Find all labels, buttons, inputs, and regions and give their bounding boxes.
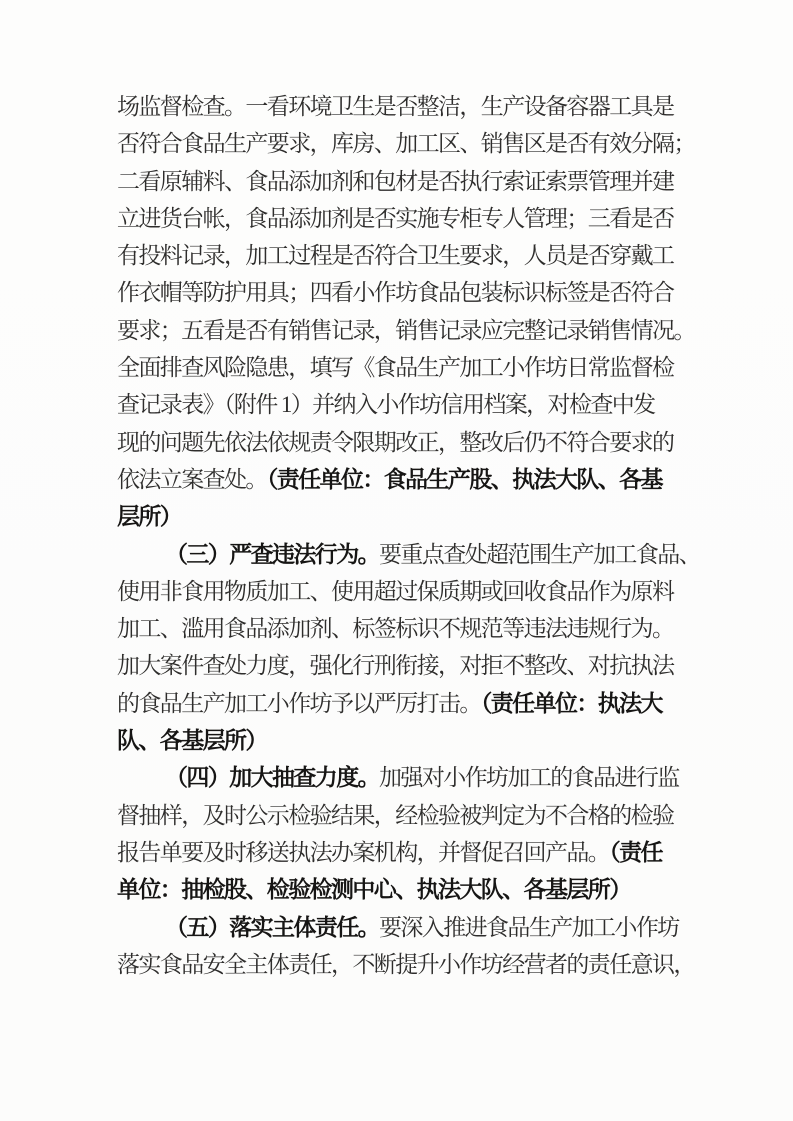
body-text: 报告单要及时移送执法办案机构，并督促召回产品。 — [117, 840, 609, 865]
emphasis-text: 层所） — [117, 504, 181, 529]
body-text: 落实食品安全主体责任，不断提升小作坊经营者的责任意识， — [117, 952, 695, 977]
body-text: 现的问题先依法依规责令限期改正，整改后仍不符合要求的 — [117, 430, 673, 455]
emphasis-text: 单位：抽检股、检验检测中心、执法大队、各基层所） — [117, 877, 631, 902]
body-text: 二看原辅料、食品添加剂和包材是否执行索证索票管理并建 — [117, 169, 673, 194]
body-text: 加大案件查处力度，强化行刑衔接，对拒不整改、对抗执法 — [117, 653, 673, 678]
text-line: （三）严查违法行为。要重点查处超范围生产加工食品、 — [117, 536, 683, 573]
document-page: 场监督检查。一看环境卫生是否整洁，生产设备容器工具是否符合食品生产要求，库房、加… — [0, 0, 793, 1121]
text-line: 督抽样，及时公示检验结果，经检验被判定为不合格的检验 — [117, 797, 683, 834]
text-line: 要求；五看是否有销售记录，销售记录应完整记录销售情况。 — [117, 312, 683, 349]
body-text: 作衣帽等防护用具；四看小作坊食品包装标识标签是否符合 — [117, 280, 673, 305]
body-text: 依法立案查处。 — [117, 467, 267, 492]
body-text: 要求；五看是否有销售记录，销售记录应完整记录销售情况。 — [117, 318, 695, 343]
text-line: 队、各基层所） — [117, 722, 683, 759]
body-text: 的食品生产加工小作坊予以严厉打击。 — [117, 691, 481, 716]
text-line: 使用非食用物质加工、使用超过保质期或回收食品作为原料 — [117, 573, 683, 610]
text-line: 查记录表》（附件 1）并纳入小作坊信用档案，对检查中发 — [117, 386, 683, 423]
body-text: 使用非食用物质加工、使用超过保质期或回收食品作为原料 — [117, 579, 673, 604]
text-line: 报告单要及时移送执法办案机构，并督促召回产品。（责任 — [117, 834, 683, 871]
text-line: 场监督检查。一看环境卫生是否整洁，生产设备容器工具是 — [117, 88, 683, 125]
emphasis-text: （三）严查违法行为。 — [165, 542, 379, 567]
body-text: 督抽样，及时公示检验结果，经检验被判定为不合格的检验 — [117, 803, 673, 828]
text-line: （四）加大抽查力度。加强对小作坊加工的食品进行监 — [117, 759, 683, 796]
text-line: 依法立案查处。（责任单位：食品生产股、执法大队、各基 — [117, 461, 683, 498]
body-text: 加工、滥用食品添加剂、标签标识不规范等违法违规行为。 — [117, 616, 673, 641]
body-text: 要重点查处超范围生产加工食品、 — [379, 542, 700, 567]
emphasis-text: （五）落实主体责任。 — [165, 915, 379, 940]
body-text: 全面排查风险隐患，填写《食品生产加工小作坊日常监督检 — [117, 355, 673, 380]
text-line: 加工、滥用食品添加剂、标签标识不规范等违法违规行为。 — [117, 610, 683, 647]
text-line: 单位：抽检股、检验检测中心、执法大队、各基层所） — [117, 871, 683, 908]
text-line: 立进货台帐，食品添加剂是否实施专柜专人管理；三看是否 — [117, 200, 683, 237]
emphasis-text: 队、各基层所） — [117, 728, 267, 753]
body-text: 场监督检查。一看环境卫生是否整洁，生产设备容器工具是 — [117, 94, 673, 119]
text-line: 现的问题先依法依规责令限期改正，整改后仍不符合要求的 — [117, 424, 683, 461]
emphasis-text: （责任单位：食品生产股、执法大队、各基 — [267, 467, 662, 492]
text-line: （五）落实主体责任。要深入推进食品生产加工小作坊 — [117, 909, 683, 946]
body-text: 立进货台帐，食品添加剂是否实施专柜专人管理；三看是否 — [117, 206, 673, 231]
body-text: 查记录表》（附件 1）并纳入小作坊信用档案，对检查中发 — [117, 392, 655, 417]
body-text: 要深入推进食品生产加工小作坊 — [379, 915, 679, 940]
text-line: 否符合食品生产要求，库房、加工区、销售区是否有效分隔； — [117, 125, 683, 162]
text-line: 二看原辅料、食品添加剂和包材是否执行索证索票管理并建 — [117, 163, 683, 200]
emphasis-text: （责任单位：执法大 — [481, 691, 662, 716]
text-line: 的食品生产加工小作坊予以严厉打击。（责任单位：执法大 — [117, 685, 683, 722]
text-line: 有投料记录，加工过程是否符合卫生要求，人员是否穿戴工 — [117, 237, 683, 274]
emphasis-text: （责任 — [609, 840, 662, 865]
text-line: 加大案件查处力度，强化行刑衔接，对拒不整改、对抗执法 — [117, 647, 683, 684]
body-text: 加强对小作坊加工的食品进行监 — [379, 765, 679, 790]
text-line: 落实食品安全主体责任，不断提升小作坊经营者的责任意识， — [117, 946, 683, 983]
text-line: 全面排查风险隐患，填写《食品生产加工小作坊日常监督检 — [117, 349, 683, 386]
text-line: 作衣帽等防护用具；四看小作坊食品包装标识标签是否符合 — [117, 274, 683, 311]
emphasis-text: （四）加大抽查力度。 — [165, 765, 379, 790]
text-line: 层所） — [117, 498, 683, 535]
body-text: 有投料记录，加工过程是否符合卫生要求，人员是否穿戴工 — [117, 243, 673, 268]
body-text: 否符合食品生产要求，库房、加工区、销售区是否有效分隔； — [117, 131, 695, 156]
document-body: 场监督检查。一看环境卫生是否整洁，生产设备容器工具是否符合食品生产要求，库房、加… — [117, 88, 683, 983]
